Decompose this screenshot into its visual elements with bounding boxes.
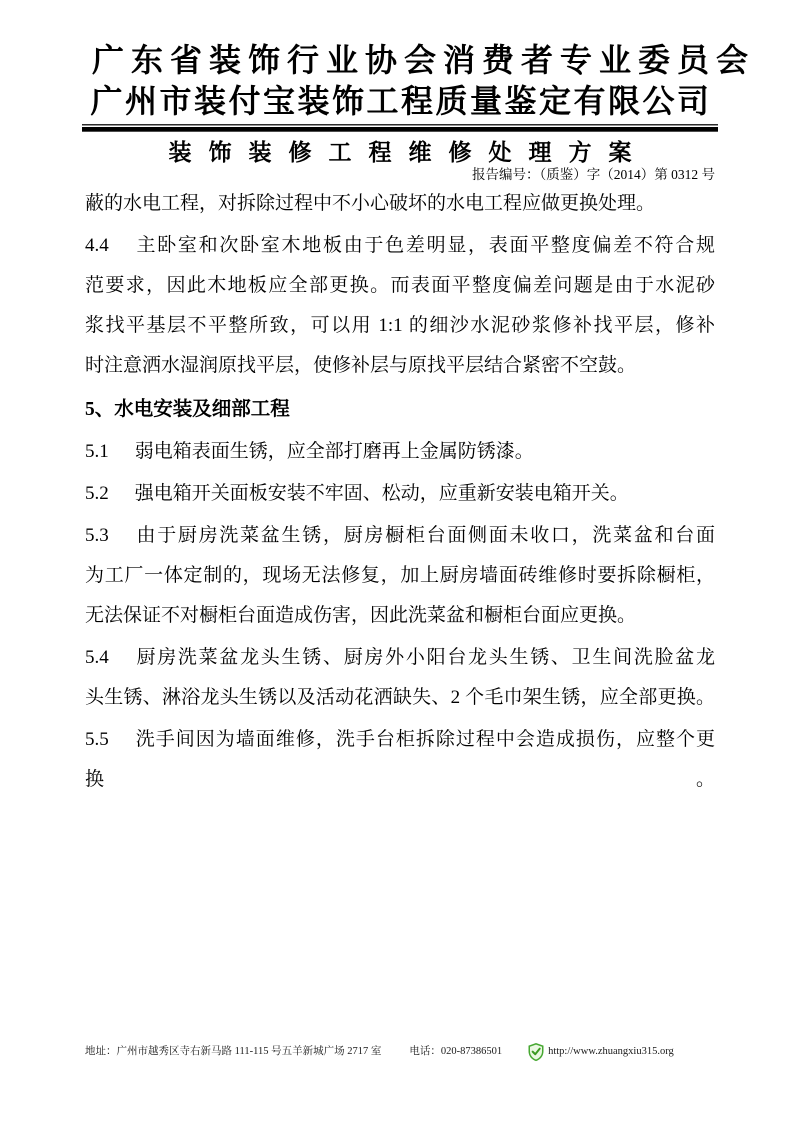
line-text: 蔽的水电工程，对拆除过程中不小心破坏的水电工程应做更换处理。: [85, 193, 655, 214]
item-number: 4.4: [85, 235, 109, 256]
verified-shield-icon: [527, 1042, 545, 1062]
paragraph-line: 蔽的水电工程，对拆除过程中不小心破坏的水电工程应做更换处理。: [85, 184, 715, 224]
paragraph-line: 时注意洒水湿润原找平层，使修补层与原找平层结合紧密不空鼓。: [85, 346, 715, 386]
line-text: 洗手间因为墙面维修，洗手台柜拆除过程中会造成损伤，应整个更换。: [85, 729, 715, 790]
footer-url-text: http://www.zhuangxiu315.org: [548, 1042, 674, 1062]
document-title: 装饰装修工程维修处理方案: [85, 138, 715, 168]
paragraph-line: 5.2强电箱开关面板安装不牢固、松动，应重新安装电箱开关。: [85, 474, 715, 514]
paragraph-line: 头生锈、淋浴龙头生锈以及活动花洒缺失、2 个毛巾架生锈，应全部更换。: [85, 678, 715, 718]
document-body: 蔽的水电工程，对拆除过程中不小心破坏的水电工程应做更换处理。 4.4主卧室和次卧…: [85, 184, 715, 800]
footer-address: 地址：广州市越秀区寺右新马路 111-115 号五羊新城广场 2717 室: [85, 1042, 381, 1062]
letterhead: 广东省装饰行业协会消费者专业委员会 广州市装付宝装饰工程质量鉴定有限公司 装饰装…: [85, 40, 715, 184]
item-4-4: 4.4主卧室和次卧室木地板由于色差明显，表面平整度偏差不符合规 范要求，因此木地…: [85, 226, 715, 386]
paragraph-line: 4.4主卧室和次卧室木地板由于色差明显，表面平整度偏差不符合规: [85, 226, 715, 266]
paragraph-line: 无法保证不对橱柜台面造成伤害，因此洗菜盆和橱柜台面应更换。: [85, 596, 715, 636]
item-5-3: 5.3由于厨房洗菜盆生锈，厨房橱柜台面侧面未收口，洗菜盆和台面 为工厂一体定制的…: [85, 516, 715, 636]
item-5-1: 5.1弱电箱表面生锈，应全部打磨再上金属防锈漆。: [85, 432, 715, 472]
line-text: 主卧室和次卧室木地板由于色差明显，表面平整度偏差不符合规: [135, 235, 715, 256]
report-number: 报告编号：（质鉴）字（2014）第 0312 号: [85, 166, 715, 184]
footer-website: http://www.zhuangxiu315.org: [527, 1042, 674, 1062]
paragraph-line: 范要求，因此木地板应全部更换。而表面平整度偏差问题是由于水泥砂: [85, 266, 715, 306]
paragraph-line: 5.5洗手间因为墙面维修，洗手台柜拆除过程中会造成损伤，应整个更换。: [85, 720, 715, 800]
line-text: 浆找平基层不平整所致，可以用 1:1 的细沙水泥砂浆修补找平层，修补: [85, 315, 715, 336]
line-text: 厨房洗菜盆龙头生锈、厨房外小阳台龙头生锈、卫生间洗脸盆龙: [135, 647, 715, 668]
org-name-line1: 广东省装饰行业协会消费者专业委员会: [85, 40, 715, 81]
paragraph-line: 5.3由于厨房洗菜盆生锈，厨房橱柜台面侧面未收口，洗菜盆和台面: [85, 516, 715, 556]
org-name-line2: 广州市装付宝装饰工程质量鉴定有限公司: [85, 81, 715, 122]
item-number: 5.2: [85, 483, 109, 504]
line-text: 由于厨房洗菜盆生锈，厨房橱柜台面侧面未收口，洗菜盆和台面: [135, 525, 715, 546]
document-page: 广东省装饰行业协会消费者专业委员会 广州市装付宝装饰工程质量鉴定有限公司 装饰装…: [0, 0, 800, 1131]
item-number: 5.1: [85, 441, 109, 462]
letterhead-rule: [82, 124, 718, 132]
item-5-5: 5.5洗手间因为墙面维修，洗手台柜拆除过程中会造成损伤，应整个更换。: [85, 720, 715, 800]
item-number: 5.4: [85, 647, 109, 668]
line-text: 无法保证不对橱柜台面造成伤害，因此洗菜盆和橱柜台面应更换。: [85, 605, 636, 626]
section-5-heading: 5、水电安装及细部工程: [85, 390, 715, 430]
line-text: 强电箱开关面板安装不牢固、松动，应重新安装电箱开关。: [135, 483, 629, 504]
paragraph-line: 为工厂一体定制的，现场无法修复，加上厨房墙面砖维修时要拆除橱柜，: [85, 556, 715, 596]
line-text: 头生锈、淋浴龙头生锈以及活动花洒缺失、2 个毛巾架生锈，应全部更换。: [85, 687, 715, 708]
line-text: 为工厂一体定制的，现场无法修复，加上厨房墙面砖维修时要拆除橱柜，: [85, 565, 715, 586]
paragraph-continuation: 蔽的水电工程，对拆除过程中不小心破坏的水电工程应做更换处理。: [85, 184, 715, 224]
line-text: 时注意洒水湿润原找平层，使修补层与原找平层结合紧密不空鼓。: [85, 355, 636, 376]
footer-phone: 电话：020-87386501: [409, 1042, 502, 1062]
item-5-4: 5.4厨房洗菜盆龙头生锈、厨房外小阳台龙头生锈、卫生间洗脸盆龙 头生锈、淋浴龙头…: [85, 638, 715, 718]
paragraph-line: 浆找平基层不平整所致，可以用 1:1 的细沙水泥砂浆修补找平层，修补: [85, 306, 715, 346]
line-text: 弱电箱表面生锈，应全部打磨再上金属防锈漆。: [135, 441, 534, 462]
item-5-2: 5.2强电箱开关面板安装不牢固、松动，应重新安装电箱开关。: [85, 474, 715, 514]
paragraph-line: 5.1弱电箱表面生锈，应全部打磨再上金属防锈漆。: [85, 432, 715, 472]
item-number: 5.5: [85, 729, 109, 750]
page-footer: 地址：广州市越秀区寺右新马路 111-115 号五羊新城广场 2717 室 电话…: [85, 1042, 715, 1062]
line-text: 范要求，因此木地板应全部更换。而表面平整度偏差问题是由于水泥砂: [85, 275, 715, 296]
item-number: 5.3: [85, 525, 109, 546]
paragraph-line: 5.4厨房洗菜盆龙头生锈、厨房外小阳台龙头生锈、卫生间洗脸盆龙: [85, 638, 715, 678]
